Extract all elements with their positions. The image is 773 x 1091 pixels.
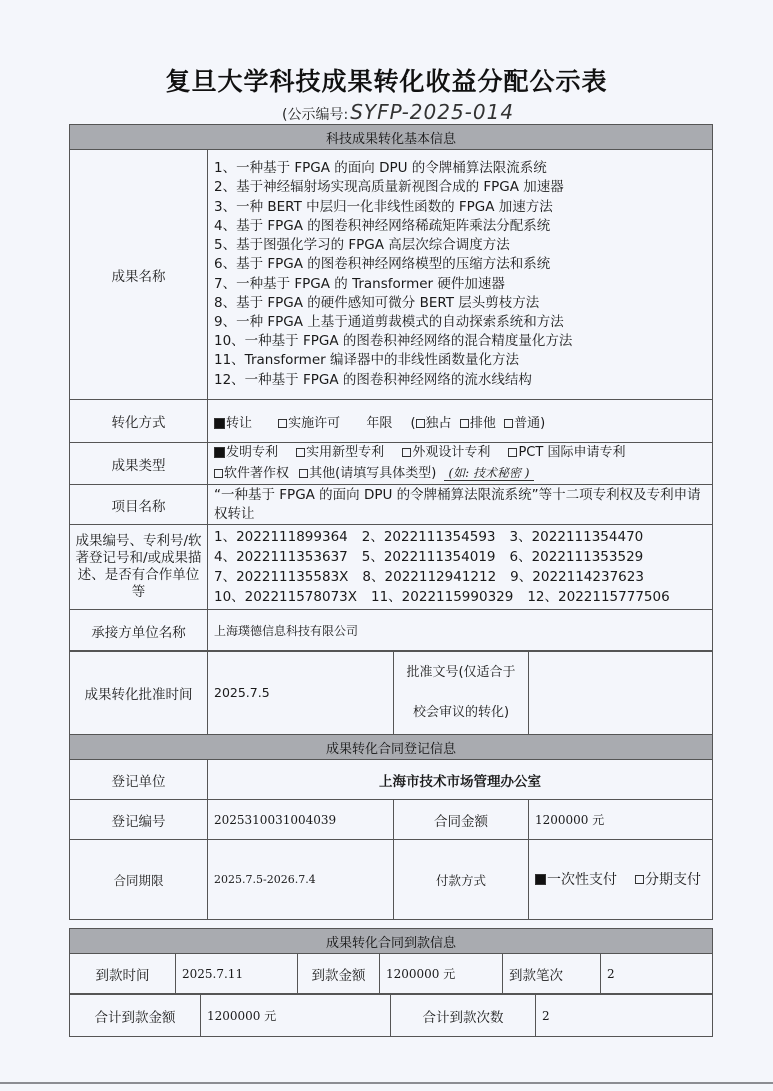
list-item: 10、一种基于 FPGA 的图卷积神经网络的混合精度量化方法 — [214, 332, 706, 351]
checkbox-icon[interactable] — [416, 419, 425, 428]
checkbox-icon[interactable] — [460, 419, 469, 428]
section-title-basic-info: 科技成果转化基本信息 — [70, 125, 713, 150]
arrival-time-label: 到款时间 — [70, 954, 176, 994]
contract-amount-value: 1200000 元 — [529, 800, 713, 840]
total-amount-label: 合计到款金额 — [70, 995, 201, 1037]
reg-no-label: 登记编号 — [70, 800, 208, 840]
list-item: 2、基于神经辐射场实现高质量新视图合成的 FPGA 加速器 — [214, 178, 706, 197]
scan-edge-divider — [0, 1082, 773, 1084]
arrival-count-value: 2 — [601, 954, 713, 994]
checkbox-icon[interactable] — [296, 448, 305, 457]
arrival-amount-value: 1200000 元 — [380, 954, 503, 994]
patent-row: 1、20221118993642、20221113545933、20221113… — [214, 527, 706, 547]
list-item: 1、一种基于 FPGA 的面向 DPU 的令牌桶算法限流系统 — [214, 159, 706, 178]
term-label: 年限 — [366, 416, 392, 431]
transfer-method-options: 转让 实施许可 年限 (独占 排他 普通) — [208, 400, 713, 443]
patent-row: 7、202211135583X8、20221129412129、20221142… — [214, 567, 706, 587]
list-item: 7、一种基于 FPGA 的 Transformer 硬件加速器 — [214, 275, 706, 294]
payment-total-table: 合计到款金额 1200000 元 合计到款次数 2 — [69, 994, 713, 1037]
list-item: 9、一种 FPGA 上基于通道剪裁模式的自动探索系统和方法 — [214, 313, 706, 332]
option-design-patent[interactable]: 外观设计专利 — [402, 445, 490, 460]
option-other[interactable]: 其他(请填写具体类型) — [299, 466, 436, 481]
contract-registration-table: 成果转化合同登记信息 登记单位 上海市技术市场管理办公室 登记编号 202531… — [69, 734, 713, 920]
contract-amount-label: 合同金额 — [394, 800, 529, 840]
achievement-names-list: 1、一种基于 FPGA 的面向 DPU 的令牌桶算法限流系统 2、基于神经辐射场… — [208, 150, 713, 400]
list-item: 4、基于 FPGA 的图卷积神经网络稀疏矩阵乘法分配系统 — [214, 217, 706, 236]
option-pct[interactable]: PCT 国际申请专利 — [508, 445, 625, 460]
checkbox-icon[interactable] — [214, 469, 223, 478]
list-item: 8、基于 FPGA 的硬件感知可微分 BERT 层头剪枝方法 — [214, 294, 706, 313]
checkbox-checked-icon[interactable] — [214, 447, 225, 458]
notice-code-label: (公示编号: — [282, 107, 348, 123]
transfer-method-label: 转化方式 — [70, 400, 208, 443]
assignee-label: 承接方单位名称 — [70, 610, 208, 652]
arrival-time-value: 2025.7.11 — [176, 954, 298, 994]
checkbox-icon[interactable] — [278, 419, 287, 428]
patent-numbers-list: 1、20221118993642、20221113545933、20221113… — [208, 525, 713, 610]
reg-unit-label: 登记单位 — [70, 760, 208, 800]
other-type-hint: (如: 技术秘密 ) — [444, 466, 533, 481]
arrival-count-label: 到款笔次 — [503, 954, 601, 994]
list-item: 5、基于图强化学习的 FPGA 高层次综合调度方法 — [214, 236, 706, 255]
basic-info-table: 科技成果转化基本信息 成果名称 1、一种基于 FPGA 的面向 DPU 的令牌桶… — [69, 124, 713, 652]
checkbox-icon[interactable] — [508, 448, 517, 457]
total-amount-value: 1200000 元 — [201, 995, 391, 1037]
reg-no-value: 2025310031004039 — [208, 800, 394, 840]
option-invention-patent[interactable]: 发明专利 — [214, 445, 278, 460]
contract-period-label: 合同期限 — [70, 840, 208, 920]
approval-time-value: 2025.7.5 — [208, 651, 394, 735]
option-software-copyright[interactable]: 软件著作权 — [214, 466, 289, 481]
list-item: 6、基于 FPGA 的图卷积神经网络模型的压缩方法和系统 — [214, 255, 706, 274]
achievement-names-label: 成果名称 — [70, 150, 208, 400]
reg-unit-value: 上海市技术市场管理办公室 — [208, 760, 713, 800]
option-transfer[interactable]: 转让 — [214, 416, 252, 431]
patent-row: 10、202211578073X11、202211599032912、20221… — [214, 587, 706, 607]
checkbox-icon[interactable] — [635, 875, 644, 884]
assignee-value: 上海璞德信息科技有限公司 — [208, 610, 713, 652]
checkbox-icon[interactable] — [299, 469, 308, 478]
section-title-contract-registration: 成果转化合同登记信息 — [70, 735, 713, 760]
option-license[interactable]: 实施许可 — [278, 416, 340, 431]
checkbox-checked-icon[interactable] — [535, 874, 546, 885]
total-count-label: 合计到款次数 — [391, 995, 536, 1037]
project-name-value: “一种基于 FPGA 的面向 DPU 的令牌桶算法限流系统”等十二项专利权及专利… — [208, 485, 713, 525]
option-installment[interactable]: 分期支付 — [635, 872, 701, 888]
list-item: 12、一种基于 FPGA 的图卷积神经网络的流水线结构 — [214, 371, 706, 390]
option-utility-model[interactable]: 实用新型专利 — [296, 445, 384, 460]
payment-arrival-table: 成果转化合同到款信息 到款时间 2025.7.11 到款金额 1200000 元… — [69, 928, 713, 994]
list-item: 3、一种 BERT 中层归一化非线性函数的 FPGA 加速方法 — [214, 198, 706, 217]
notice-code: (公示编号:SYFP-2025-014 — [282, 100, 514, 124]
patent-row: 4、20221113536375、20221113540196、20221113… — [214, 547, 706, 567]
document-title: 复旦大学科技成果转化收益分配公示表 — [0, 62, 773, 98]
total-count-value: 2 — [536, 995, 713, 1037]
payment-method-options: 一次性支付分期支付 — [529, 840, 713, 920]
checkbox-checked-icon[interactable] — [214, 418, 225, 429]
notice-code-value: SYFP-2025-014 — [350, 100, 514, 124]
checkbox-icon[interactable] — [402, 448, 411, 457]
approval-time-label: 成果转化批准时间 — [70, 651, 208, 735]
section-title-payment-arrival: 成果转化合同到款信息 — [70, 929, 713, 954]
approval-table: 成果转化批准时间 2025.7.5 批准文号(仅适合于 校会审议的转化) — [69, 650, 713, 735]
checkbox-icon[interactable] — [504, 419, 513, 428]
patent-numbers-label: 成果编号、专利号/软著登记号和/或成果描述、是否有合作单位等 — [70, 525, 208, 610]
contract-period-value: 2025.7.5-2026.7.4 — [208, 840, 394, 920]
achievement-type-label: 成果类型 — [70, 443, 208, 485]
list-item: 11、Transformer 编译器中的非线性函数量化方法 — [214, 351, 706, 370]
term-options: (独占 排他 普通) — [410, 416, 545, 431]
approval-doc-value — [529, 651, 713, 735]
project-name-label: 项目名称 — [70, 485, 208, 525]
arrival-amount-label: 到款金额 — [298, 954, 380, 994]
payment-method-label: 付款方式 — [394, 840, 529, 920]
achievement-type-options: 发明专利 实用新型专利 外观设计专利 PCT 国际申请专利 软件著作权 其他(请… — [208, 443, 713, 485]
option-lump-sum[interactable]: 一次性支付 — [535, 872, 617, 888]
approval-doc-label: 批准文号(仅适合于 校会审议的转化) — [394, 651, 529, 735]
